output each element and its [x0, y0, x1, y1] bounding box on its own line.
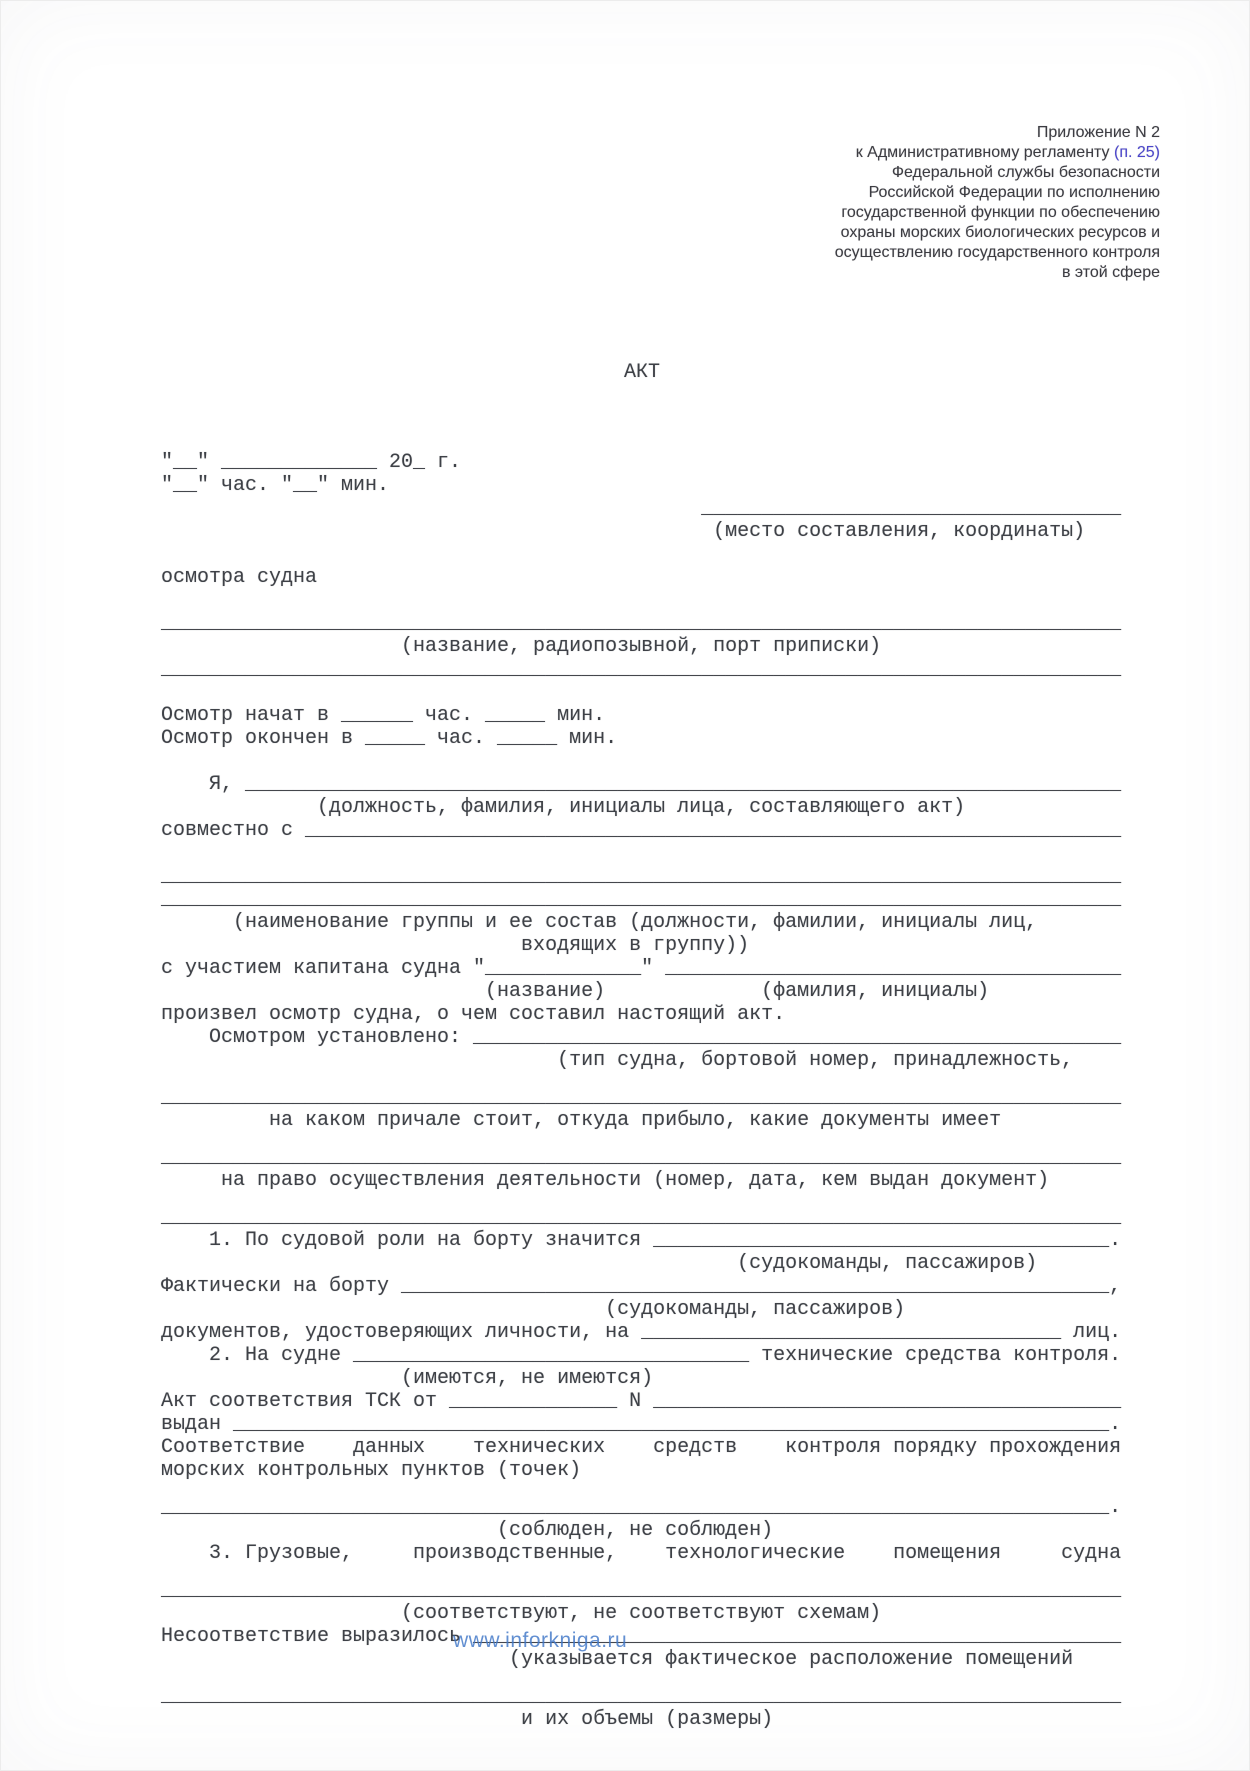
header-line: Приложение N 2 [835, 123, 1160, 143]
form-line: ________________________________________… [161, 612, 1123, 635]
header-line-text: Приложение N 2 [1037, 124, 1160, 141]
form-line: (имеются, не имеются) [161, 1367, 1123, 1390]
form-line: выдан __________________________________… [161, 1413, 1123, 1436]
form-line: и их объемы (размеры) [161, 1708, 1123, 1731]
form-line [161, 543, 1123, 566]
form-line: на право осуществления деятельности (ном… [161, 1169, 1123, 1192]
form-line: Несоответствие выразилось ______________… [161, 1625, 1123, 1648]
form-line: Соответствие данных технических средств … [161, 1436, 1123, 1459]
form-line: Фактически на борту ____________________… [161, 1275, 1123, 1298]
form-line: (судокоманды, пассажиров) [161, 1252, 1123, 1275]
form-line: 1. По судовой роли на борту значится ___… [161, 1229, 1123, 1252]
form-line: (наименование группы и ее состав (должно… [161, 911, 1123, 934]
form-line: ________________________________________… [161, 1579, 1123, 1602]
form-line: Я, _____________________________________… [161, 773, 1123, 796]
header-line: Федеральной службы безопасности [835, 163, 1160, 183]
header-line: государственной функции по обеспечению [835, 203, 1160, 223]
form-line: произвел осмотр судна, о чем составил на… [161, 1003, 1123, 1026]
form-line: осмотра судна [161, 566, 1123, 589]
form-line: с участием капитана судна "_____________… [161, 957, 1123, 980]
header-line-text: осуществлению государственного контроля [835, 244, 1160, 261]
form-line: совместно с ____________________________… [161, 819, 1123, 842]
form-line: входящих в группу)) [161, 934, 1123, 957]
form-line: ________________________________________… [161, 1086, 1123, 1109]
form-line: Акт соответствия ТСК от ______________ N… [161, 1390, 1123, 1413]
form-line [161, 589, 1123, 612]
form-line: ___________________________________ [161, 497, 1123, 520]
header-line-text: в этой сфере [1062, 264, 1160, 281]
form-line: (соответствуют, не соответствуют схемам) [161, 1602, 1123, 1625]
form-line: ________________________________________… [161, 1206, 1123, 1229]
form-line: ________________________________________… [161, 1496, 1123, 1519]
header-line-text: государственной функции по обеспечению [841, 204, 1160, 221]
header-line-text: Российской Федерации по исполнению [869, 184, 1160, 201]
form-line: Осмотром установлено: __________________… [161, 1026, 1123, 1049]
form-line: 3. Грузовые, производственные, технологи… [161, 1542, 1123, 1565]
watermark: www.inforkniga.ru [453, 1629, 627, 1653]
form-line: (название, радиопозывной, порт приписки) [161, 635, 1123, 658]
form-line: 2. На судне ____________________________… [161, 1344, 1123, 1367]
form-line: (название) (фамилия, инициалы) [161, 980, 1123, 1003]
header-line: охраны морских биологических ресурсов и [835, 223, 1160, 243]
form-line [161, 681, 1123, 704]
form-line: "__" час. "__" мин. [161, 474, 1123, 497]
form-line: (место составления, координаты) [161, 520, 1123, 543]
header-line-text: Федеральной службы безопасности [892, 164, 1160, 181]
header-line-text: к Административному регламенту [856, 144, 1114, 161]
header-line: к Административному регламенту (п. 25) [835, 143, 1160, 163]
form-line: ________________________________________… [161, 1685, 1123, 1708]
form-line: (должность, фамилия, инициалы лица, сост… [161, 796, 1123, 819]
scanned-document-page: Приложение N 2к Административному реглам… [0, 0, 1250, 1771]
form-body: "__" _____________ 20_ г."__" час. "__" … [161, 451, 1123, 1731]
header-line-text: охраны морских биологических ресурсов и [841, 224, 1160, 241]
form-line: (судокоманды, пассажиров) [161, 1298, 1123, 1321]
form-line: Осмотр окончен в _____ час. _____ мин. [161, 727, 1123, 750]
regulation-point-link[interactable]: (п. 25) [1114, 144, 1160, 161]
header-line: Российской Федерации по исполнению [835, 183, 1160, 203]
form-line: ________________________________________… [161, 865, 1123, 888]
form-line: ________________________________________… [161, 658, 1123, 681]
form-line: ________________________________________… [161, 1146, 1123, 1169]
form-line [161, 750, 1123, 773]
form-line: (соблюден, не соблюден) [161, 1519, 1123, 1542]
document-title: АКТ [161, 361, 1123, 384]
form-line: на каком причале стоит, откуда прибыло, … [161, 1109, 1123, 1132]
form-line: документов, удостоверяющих личности, на … [161, 1321, 1123, 1344]
form-line: морских контрольных пунктов (точек) [161, 1459, 1123, 1482]
form-line: "__" _____________ 20_ г. [161, 451, 1123, 474]
form-line: ________________________________________… [161, 888, 1123, 911]
form-line [161, 842, 1123, 865]
header-line: осуществлению государственного контроля [835, 243, 1160, 263]
header-line: в этой сфере [835, 263, 1160, 283]
form-line: Осмотр начат в ______ час. _____ мин. [161, 704, 1123, 727]
form-line: (тип судна, бортовой номер, принадлежнос… [161, 1049, 1123, 1072]
header-block: Приложение N 2к Административному реглам… [835, 123, 1160, 283]
form-line: (указывается фактическое расположение по… [161, 1648, 1123, 1671]
